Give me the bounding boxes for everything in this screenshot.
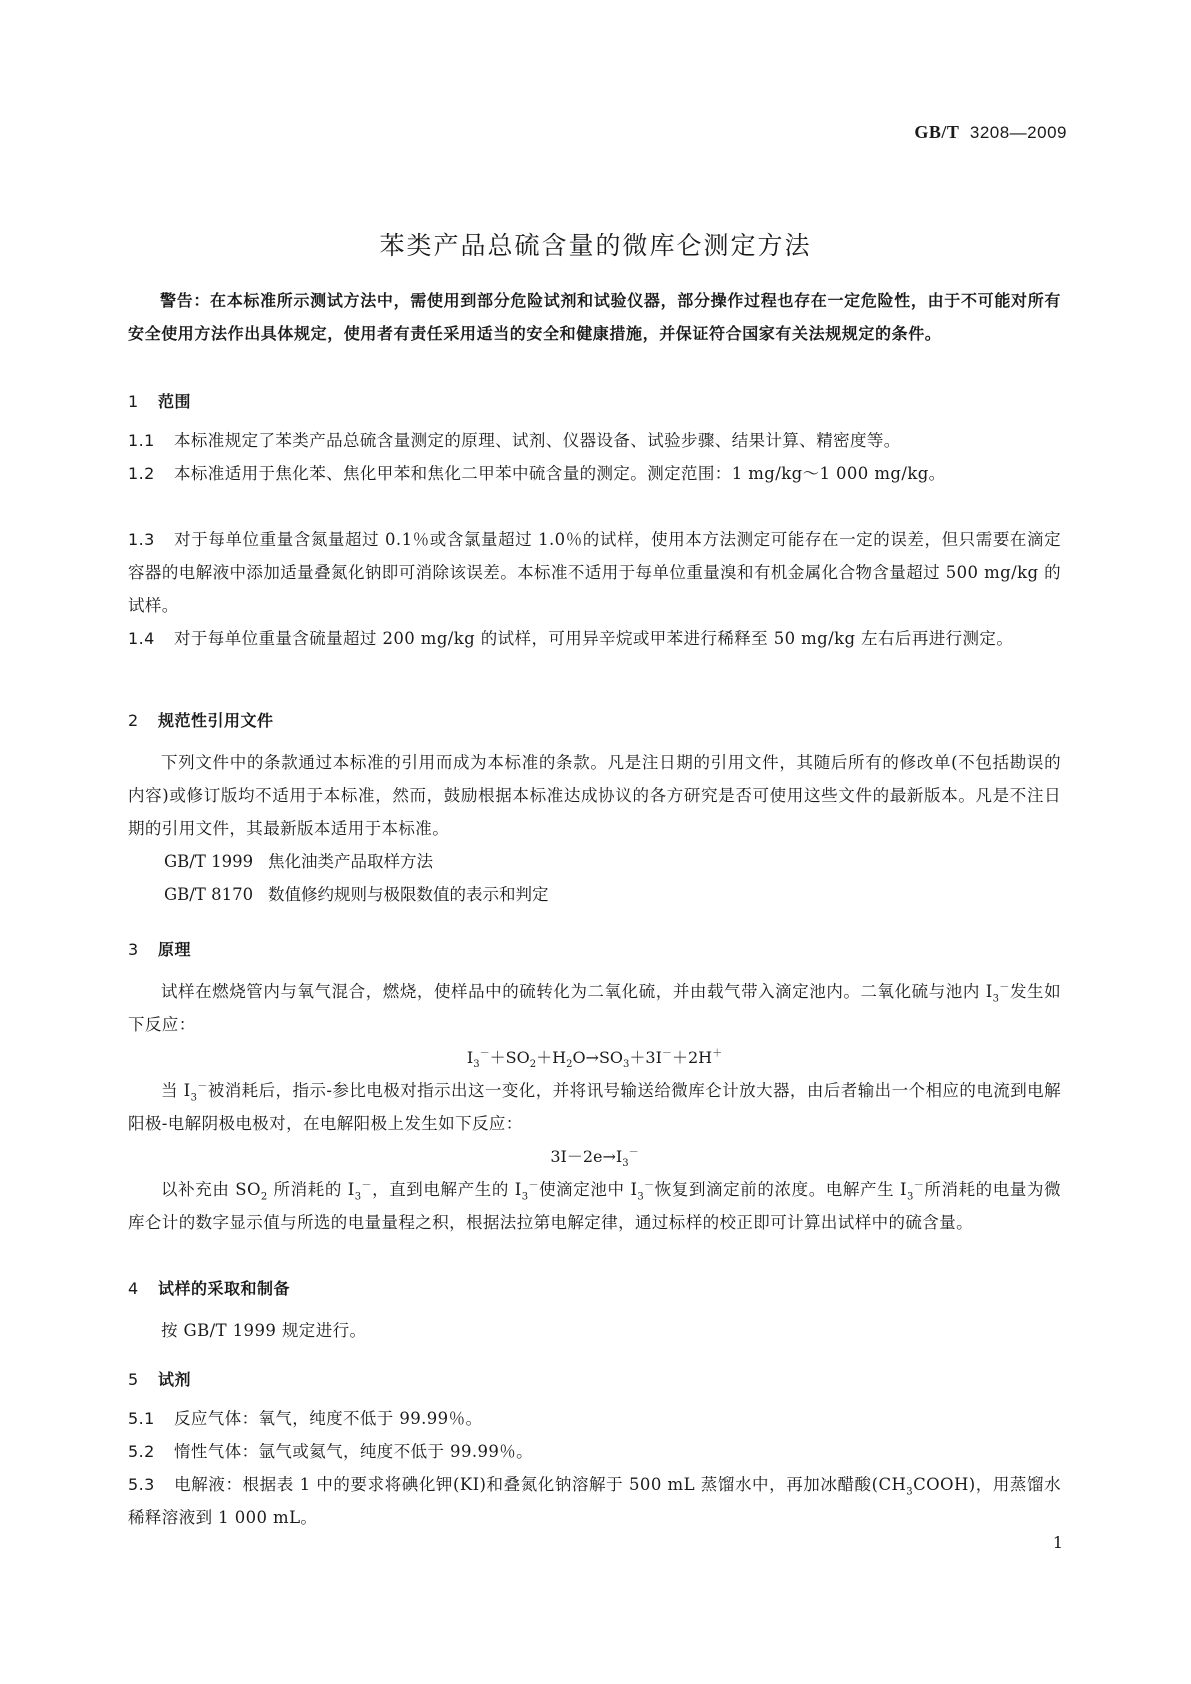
reference-code: GB/T 8170 — [164, 878, 268, 911]
clause-text: 反应气体：氧气，纯度不低于 99.99％。 — [174, 1409, 482, 1428]
clause-number: 5.1 — [128, 1402, 174, 1435]
clause-number: 5.2 — [128, 1435, 174, 1468]
clause-text: 本标准适用于焦化苯、焦化甲苯和焦化二甲苯中硫含量的测定。测定范围：1 mg/kg… — [174, 464, 946, 483]
reference-title: 数值修约规则与极限数值的表示和判定 — [268, 885, 549, 904]
clause-1-2: 1.2本标准适用于焦化苯、焦化甲苯和焦化二甲苯中硫含量的测定。测定范围：1 mg… — [128, 457, 1061, 490]
principle-paragraph-2: 当 I3－被消耗后，指示-参比电极对指示出这一变化，并将讯号输送给微库仑计放大器… — [128, 1074, 1061, 1140]
clause-number: 1.2 — [128, 457, 174, 490]
principle-paragraph-3: 以补充由 SO2 所消耗的 I3－，直到电解产生的 I3－使滴定池中 I3－恢复… — [128, 1173, 1061, 1239]
clause-number: 1.4 — [128, 622, 174, 655]
standard-code: GB/T 3208—2009 — [914, 122, 1067, 143]
section-title: 范围 — [158, 392, 191, 411]
section-title: 规范性引用文件 — [158, 711, 274, 730]
clause-text: 惰性气体：氩气或氦气，纯度不低于 99.99％。 — [174, 1442, 533, 1461]
normative-reference: GB/T 8170数值修约规则与极限数值的表示和判定 — [128, 878, 1097, 911]
section-number: 5 — [128, 1363, 158, 1396]
warning-paragraph: 警告：在本标准所示测试方法中，需使用到部分危险试剂和试验仪器，部分操作过程也存在… — [128, 284, 1061, 350]
document-page: GB/T 3208—2009 苯类产品总硫含量的微库仑测定方法 警告：在本标准所… — [0, 0, 1191, 1684]
section-4-heading: 4试样的采取和制备 — [128, 1272, 1061, 1305]
section-3-heading: 3原理 — [128, 933, 1061, 966]
clause-text: 对于每单位重量含硫量超过 200 mg/kg 的试样，可用异辛烷或甲苯进行稀释至… — [174, 629, 1013, 648]
normative-reference: GB/T 1999焦化油类产品取样方法 — [128, 845, 1097, 878]
reference-title: 焦化油类产品取样方法 — [268, 852, 433, 871]
principle-paragraph-1: 试样在燃烧管内与氧气混合，燃烧，使样品中的硫转化为二氧化硫，并由载气带入滴定池内… — [128, 975, 1061, 1041]
clause-5-1: 5.1反应气体：氧气，纯度不低于 99.99％。 — [128, 1402, 1061, 1435]
document-title: 苯类产品总硫含量的微库仑测定方法 — [0, 226, 1191, 262]
standard-number: 3208—2009 — [970, 123, 1067, 142]
standard-prefix: GB/T — [914, 122, 959, 142]
reaction-formula-1: I3－＋SO2＋H2O→SO3＋3I－＋2H＋ — [128, 1041, 1061, 1074]
clause-1-1: 1.1本标准规定了苯类产品总硫含量测定的原理、试剂、仪器设备、试验步骤、结果计算… — [128, 424, 1061, 457]
section-5-heading: 5试剂 — [128, 1363, 1061, 1396]
section-1-heading: 1范围 — [128, 385, 1061, 418]
clause-number: 1.1 — [128, 424, 174, 457]
clause-5-2: 5.2惰性气体：氩气或氦气，纯度不低于 99.99％。 — [128, 1435, 1061, 1468]
section-title: 原理 — [158, 940, 191, 959]
section-2-heading: 2规范性引用文件 — [128, 704, 1061, 737]
clause-text: 本标准规定了苯类产品总硫含量测定的原理、试剂、仪器设备、试验步骤、结果计算、精密… — [174, 431, 901, 450]
clause-number: 1.3 — [128, 523, 174, 556]
reference-code: GB/T 1999 — [164, 845, 268, 878]
section-number: 2 — [128, 704, 158, 737]
section-2-intro: 下列文件中的条款通过本标准的引用而成为本标准的条款。凡是注日期的引用文件，其随后… — [128, 746, 1061, 845]
clause-1-3: 1.3对于每单位重量含氮量超过 0.1％或含氯量超过 1.0％的试样，使用本方法… — [128, 523, 1061, 622]
clause-5-3: 5.3电解液：根据表 1 中的要求将碘化钾(KI)和叠氮化钠溶解于 500 mL… — [128, 1468, 1061, 1534]
clause-1-4: 1.4对于每单位重量含硫量超过 200 mg/kg 的试样，可用异辛烷或甲苯进行… — [128, 622, 1061, 655]
section-number: 4 — [128, 1272, 158, 1305]
page-number: 1 — [1053, 1533, 1063, 1552]
section-number: 3 — [128, 933, 158, 966]
clause-text: 对于每单位重量含氮量超过 0.1％或含氯量超过 1.0％的试样，使用本方法测定可… — [128, 530, 1061, 615]
section-number: 1 — [128, 385, 158, 418]
reaction-formula-2: 3I－2e→I3－ — [128, 1140, 1061, 1173]
section-4-text: 按 GB/T 1999 规定进行。 — [128, 1314, 1061, 1347]
section-title: 试剂 — [158, 1370, 191, 1389]
clause-number: 5.3 — [128, 1468, 174, 1501]
section-title: 试样的采取和制备 — [158, 1279, 290, 1298]
